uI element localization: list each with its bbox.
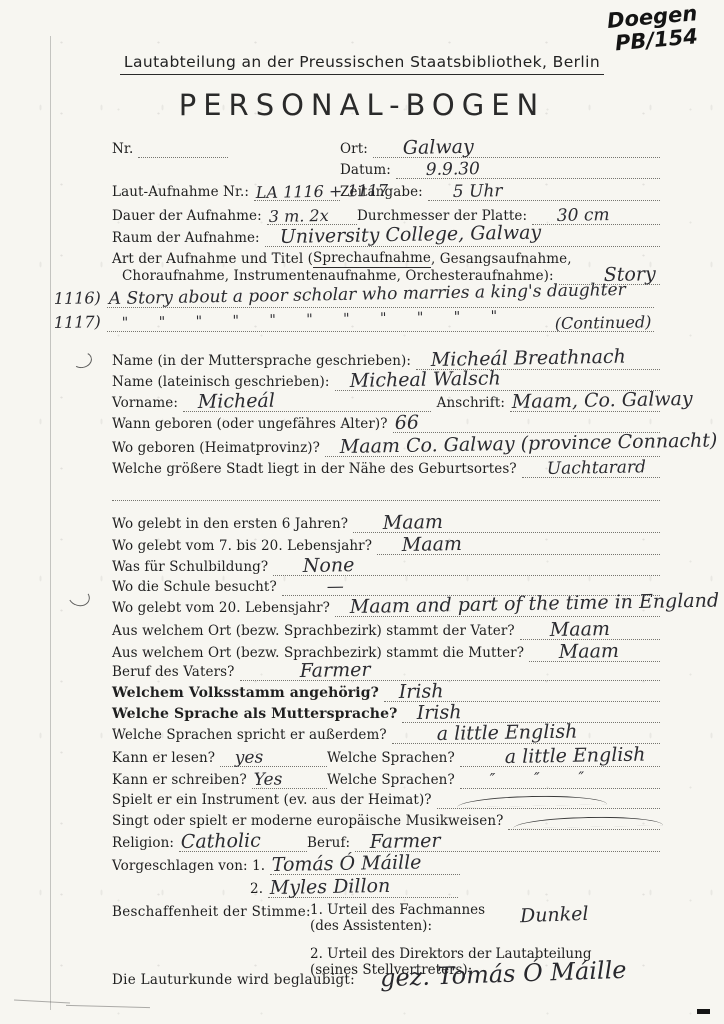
- row-wo-geboren: Wo geboren (Heimatprovinz)? Maam Co. Gal…: [112, 438, 660, 457]
- urteil-fachmann-value: Dunkel: [520, 903, 589, 927]
- volksstamm-value: Irish: [399, 680, 444, 703]
- recording-1116-number: 1116): [54, 288, 101, 308]
- row-vorgeschlagen-1: Vorgeschlagen von: 1. Tomás Ó Máille: [112, 856, 660, 875]
- zeitangabe-field: 5 Uhr: [428, 181, 660, 201]
- kann-lesen-value: yes: [235, 748, 264, 768]
- volksstamm-label: Welchem Volksstamm angehörig?: [112, 685, 384, 702]
- row-musikweisen: Singt oder spielt er moderne europäische…: [112, 811, 660, 830]
- instrument-label: Spielt er ein Instrument (ev. aus der He…: [112, 792, 437, 809]
- department-name: Lautabteilung an der Preussischen Staats…: [120, 53, 604, 75]
- groessere-stadt-value: Uachtarard: [546, 457, 646, 479]
- vorname-field: Micheál: [183, 392, 431, 412]
- row-kann-schreiben: Kann er schreiben? Yes Welche Sprachen? …: [112, 770, 660, 789]
- musikweisen-label: Singt oder spielt er moderne europäische…: [112, 813, 508, 830]
- row-datum: Datum: 9.9.30: [112, 160, 660, 179]
- scan-smudge: [14, 1000, 70, 1004]
- nr-label: Nr.: [112, 141, 138, 158]
- row-blank: [112, 482, 660, 501]
- row-nr-ort: Nr. Ort: Galway: [112, 139, 660, 158]
- zeitangabe-value: 5 Uhr: [452, 181, 502, 202]
- vorname-label: Vorname:: [112, 395, 183, 412]
- instrument-field: [437, 789, 660, 809]
- annotation-shelfmark: PB/154: [614, 25, 700, 55]
- row-gelebt-20: Wo gelebt vom 20. Lebensjahr? Maam and p…: [112, 598, 660, 617]
- ink-ring-mark: [66, 585, 92, 609]
- vorgeschlagen-1-field: Tomás Ó Máille: [270, 855, 460, 875]
- kann-schreiben-value: Yes: [254, 770, 283, 790]
- anschrift-label: Anschrift:: [431, 395, 510, 412]
- archival-annotation: Doegen PB/154: [606, 2, 700, 56]
- name-lateinisch-field: Micheal Walsch: [335, 371, 660, 391]
- beruf-field: Farmer: [355, 832, 660, 852]
- form-title: PERSONAL-BOGEN: [0, 88, 724, 122]
- raum-value: University College, Galway: [279, 221, 541, 248]
- beruf-label: Beruf:: [307, 835, 355, 852]
- schulbildung-value: None: [303, 554, 355, 577]
- vorgeschlagen-2-field: Myles Dillon: [268, 878, 458, 898]
- row-recording-1116: 1116) A Story about a poor scholar who m…: [54, 289, 654, 308]
- lautnr-field: LA 1116 + 1117: [254, 181, 340, 201]
- datum-value: 9.9.30: [426, 159, 480, 180]
- name-lateinisch-label: Name (lateinisch geschrieben):: [112, 374, 335, 391]
- ort-vater-field: Maam: [520, 620, 660, 640]
- schulbildung-label: Was für Schulbildung?: [112, 559, 273, 576]
- row-muttersprache: Welche Sprache als Muttersprache? Irish: [112, 704, 660, 723]
- recording-1117-number: 1117): [54, 312, 101, 332]
- name-muttersprache-label: Name (in der Muttersprache geschrieben):: [112, 353, 416, 370]
- schreiben-sprachen-label: Welche Sprachen?: [327, 772, 460, 789]
- gelebt-20-label: Wo gelebt vom 20. Lebensjahr?: [112, 600, 335, 617]
- groessere-stadt-label: Welche größere Stadt liegt in der Nähe d…: [112, 461, 522, 478]
- kann-schreiben-label: Kann er schreiben?: [112, 772, 252, 789]
- religion-field: Catholic: [179, 832, 307, 852]
- schreiben-sprachen-field: ″ ″ ″: [460, 769, 660, 789]
- scanned-form-page: Doegen PB/154 Lautabteilung an der Preus…: [0, 0, 724, 1024]
- ort-vater-value: Maam: [549, 618, 610, 641]
- recording-1117-continued: (Continued): [555, 312, 652, 333]
- ort-vater-label: Aus welchem Ort (bezw. Sprachbezirk) sta…: [112, 623, 520, 640]
- sprachen-weitere-value: a little English: [436, 721, 577, 745]
- datum-field: 9.9.30: [396, 159, 660, 179]
- ort-field: Galway: [373, 138, 660, 158]
- pen-stroke: [457, 794, 607, 807]
- vorname-value: Micheál: [198, 390, 275, 413]
- anschrift-value: Maam, Co. Galway: [512, 388, 693, 413]
- row-schulbildung: Was für Schulbildung? None: [112, 557, 660, 576]
- gelebt-20-field: Maam and part of the time in England: [335, 597, 660, 617]
- row-wann-geboren: Wann geboren (oder ungefähres Alter)? 66: [112, 414, 660, 433]
- wann-geboren-field: 66: [393, 413, 660, 433]
- row-instrument: Spielt er ein Instrument (ev. aus der He…: [112, 790, 660, 809]
- gelebt-7-20-value: Maam: [402, 533, 463, 556]
- durchmesser-field: 30 cm: [532, 205, 660, 225]
- wo-geboren-field: Maam Co. Galway (province Connacht): [325, 437, 660, 457]
- beruf-vater-value: Farmer: [299, 659, 370, 682]
- row-ort-mutter: Aus welchem Ort (bezw. Sprachbezirk) sta…: [112, 643, 660, 662]
- row-raum: Raum der Aufnahme: University College, G…: [112, 228, 660, 247]
- muttersprache-field: Irish: [402, 703, 660, 723]
- recording-1116-field: A Story about a poor scholar who marries…: [107, 288, 654, 308]
- schulbildung-field: None: [273, 556, 660, 576]
- recording-1117-field: " " " " " " " " " " " (Continued): [107, 312, 654, 332]
- beruf-vater-field: Farmer: [240, 661, 661, 681]
- lesen-sprachen-field: a little English: [460, 747, 660, 767]
- ort-value: Galway: [403, 136, 474, 159]
- urteil-fachmann-line2: (des Assistenten):: [310, 918, 485, 934]
- row-beruf-vater: Beruf des Vaters? Farmer: [112, 662, 660, 681]
- row-sprachen-weitere: Welche Sprachen spricht er außerdem? a l…: [112, 725, 660, 744]
- kann-lesen-label: Kann er lesen?: [112, 750, 220, 767]
- row-recording-1117: 1117) " " " " " " " " " " " (Continued): [54, 313, 654, 332]
- kann-schreiben-field: Yes: [252, 769, 327, 789]
- gelebt-6-label: Wo gelebt in den ersten 6 Jahren?: [112, 516, 353, 533]
- row-lautnr-zeit: Laut-Aufnahme Nr.: LA 1116 + 1117 Zeitan…: [112, 182, 660, 201]
- row-name-lateinisch: Name (lateinisch geschrieben): Micheal W…: [112, 372, 660, 391]
- paper-fold-line: [50, 36, 51, 1010]
- gelebt-6-field: Maam: [353, 513, 660, 533]
- nr-field: [138, 138, 228, 158]
- row-gelebt-6: Wo gelebt in den ersten 6 Jahren? Maam: [112, 514, 660, 533]
- wo-geboren-label: Wo geboren (Heimatprovinz)?: [112, 440, 325, 457]
- pen-curl-mark: [71, 350, 94, 370]
- row-ort-vater: Aus welchem Ort (bezw. Sprachbezirk) sta…: [112, 621, 660, 640]
- lautnr-label: Laut-Aufnahme Nr.:: [112, 184, 254, 201]
- spacer: [228, 139, 340, 158]
- dauer-field: 3 m. 2x: [267, 205, 357, 225]
- ort-mutter-field: Maam: [529, 642, 660, 662]
- religion-value: Catholic: [181, 830, 261, 853]
- anschrift-field: Maam, Co. Galway: [510, 392, 660, 412]
- pen-stroke: [513, 815, 663, 828]
- schreiben-sprachen-ditto: ″ ″ ″: [489, 768, 584, 788]
- vorgeschlagen-label: Vorgeschlagen von: 1.: [112, 858, 270, 875]
- stimme-label: Beschaffenheit der Stimme:: [112, 904, 311, 920]
- gelebt-7-20-field: Maam: [377, 535, 660, 555]
- ort-label: Ort:: [340, 141, 373, 158]
- dauer-value: 3 m. 2x: [268, 206, 328, 226]
- sprachen-weitere-label: Welche Sprachen spricht er außerdem?: [112, 727, 392, 744]
- row-groessere-stadt: Welche größere Stadt liegt in der Nähe d…: [112, 459, 660, 478]
- schule-wo-label: Wo die Schule besucht?: [112, 579, 282, 596]
- vorgeschlagen-2-label: 2.: [250, 881, 268, 898]
- muttersprache-value: Irish: [417, 701, 462, 724]
- dauer-label: Dauer der Aufnahme:: [112, 208, 267, 225]
- row-volksstamm: Welchem Volksstamm angehörig? Irish: [112, 683, 660, 702]
- raum-label: Raum der Aufnahme:: [112, 230, 265, 247]
- groessere-stadt-field: Uachtarard: [522, 458, 660, 478]
- muttersprache-label: Welche Sprache als Muttersprache?: [112, 706, 402, 723]
- lesen-sprachen-label: Welche Sprachen?: [327, 750, 460, 767]
- urteil-fachmann: 1. Urteil des Fachmannes (des Assistente…: [310, 902, 485, 934]
- urteil-fachmann-line1: 1. Urteil des Fachmannes: [310, 902, 485, 918]
- religion-label: Religion:: [112, 835, 179, 852]
- datum-label: Datum:: [340, 162, 396, 179]
- scan-edge-mark: [697, 1009, 710, 1014]
- musikweisen-field: [508, 810, 660, 830]
- name-muttersprache-field: Micheál Breathnach: [416, 350, 660, 370]
- blank-field: [112, 481, 660, 501]
- spacer: [460, 856, 660, 875]
- sprachen-weitere-field: a little English: [392, 724, 660, 744]
- schule-wo-value: —: [326, 577, 343, 597]
- beruf-vater-label: Beruf des Vaters?: [112, 664, 240, 681]
- row-kann-lesen: Kann er lesen? yes Welche Sprachen? a li…: [112, 748, 660, 767]
- gelebt-7-20-label: Wo gelebt vom 7. bis 20. Lebensjahr?: [112, 538, 377, 555]
- row-vorgeschlagen-2: 2. Myles Dillon: [112, 879, 660, 898]
- wann-geboren-label: Wann geboren (oder ungefähres Alter)?: [112, 416, 393, 433]
- row-gelebt-7-20: Wo gelebt vom 7. bis 20. Lebensjahr? Maa…: [112, 536, 660, 555]
- beglaubigt-label: Die Lauturkunde wird beglaubigt:: [112, 972, 355, 988]
- durchmesser-value: 30 cm: [557, 205, 610, 226]
- row-name-muttersprache: Name (in der Muttersprache geschrieben):…: [112, 351, 660, 370]
- wann-geboren-value: 66: [394, 412, 419, 434]
- lautnr-value: LA 1116 + 1117: [256, 181, 389, 202]
- vorgeschlagen-1-value: Tomás Ó Máille: [272, 851, 422, 876]
- raum-field: University College, Galway: [265, 227, 660, 247]
- department-header: Lautabteilung an der Preussischen Staats…: [0, 52, 724, 75]
- vorgeschlagen-2-value: Myles Dillon: [270, 875, 391, 899]
- name-lateinisch-value: Micheal Walsch: [349, 367, 500, 392]
- recording-1117-ditto-marks: " " " " " " " " " " ": [122, 308, 498, 331]
- lesen-sprachen-value: a little English: [504, 744, 645, 768]
- volksstamm-field: Irish: [384, 682, 660, 702]
- beruf-value: Farmer: [370, 830, 441, 853]
- row-vorname-anschrift: Vorname: Micheál Anschrift: Maam, Co. Ga…: [112, 393, 660, 412]
- voice-assessment-block: Beschaffenheit der Stimme: 1. Urteil des…: [112, 902, 684, 1020]
- spacer: [458, 879, 660, 898]
- kann-lesen-field: yes: [220, 747, 327, 767]
- row-religion-beruf: Religion: Catholic Beruf: Farmer: [112, 833, 660, 852]
- row-dauer-durchmesser: Dauer der Aufnahme: 3 m. 2x Durchmesser …: [112, 206, 660, 225]
- ort-mutter-value: Maam: [559, 640, 620, 663]
- gelebt-6-value: Maam: [383, 511, 444, 534]
